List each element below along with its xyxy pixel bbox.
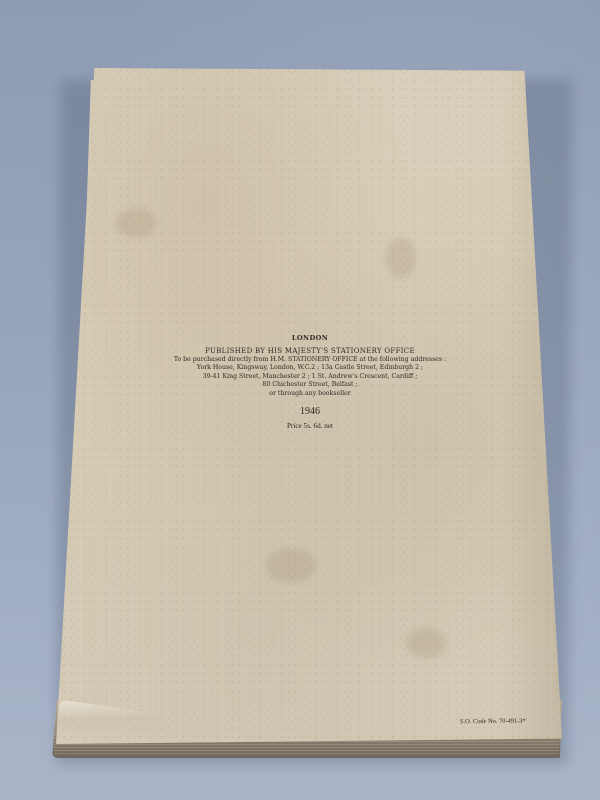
publication-year: 1946 [150,406,470,418]
paper-stain [116,208,156,238]
price-label: Price 5s. 6d. net [150,421,470,431]
imprint-address-line: 39-41 King Street, Manchester 2 ; 1 St. … [150,373,470,381]
imprint-address-line: To be purchased directly from H.M. STATI… [150,356,470,364]
so-code-label: S.O. Code No. 70-491-3* [460,718,526,726]
imprint-city: LONDON [150,333,470,343]
publisher-imprint: LONDON PUBLISHED BY HIS MAJESTY'S STATIO… [150,333,470,431]
paper-stain [406,628,446,658]
paper-stain [266,548,316,583]
imprint-address-line: or through any bookseller [150,390,470,398]
paper-stain [386,238,416,278]
imprint-address-line: 80 Chichester Street, Belfast ; [150,381,470,389]
imprint-address-line: York House, Kingsway, London, W.C.2 ; 13… [150,364,470,372]
imprint-publisher: PUBLISHED BY HIS MAJESTY'S STATIONERY OF… [150,346,470,356]
